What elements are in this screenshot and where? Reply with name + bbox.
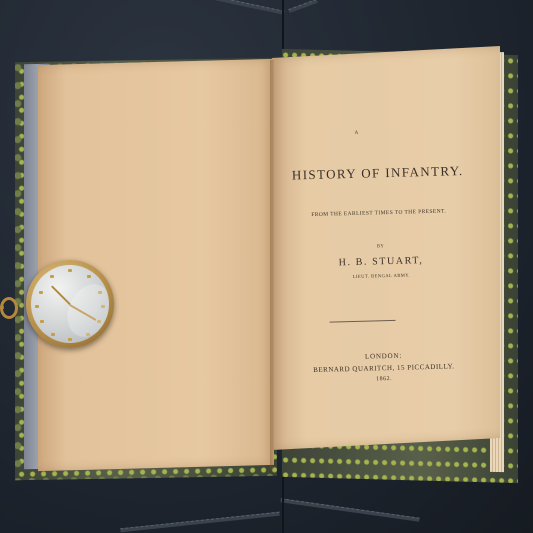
title-page: A HISTORY OF INFANTRY. FROM THE EARLIEST… bbox=[286, 117, 493, 402]
hour-marker bbox=[51, 333, 55, 336]
imprint-year: 1862. bbox=[275, 373, 493, 385]
watch-bow-ring bbox=[0, 297, 18, 319]
leather-seam bbox=[280, 498, 419, 521]
glass-reflection bbox=[59, 277, 109, 343]
author-name: H. B. STUART, bbox=[272, 253, 490, 270]
leather-seam bbox=[120, 512, 280, 533]
author-rank: LIEUT. BENGAL ARMY. bbox=[272, 270, 490, 281]
hour-marker bbox=[68, 338, 72, 341]
imprint-publisher: BERNARD QUARITCH, 15 PICCADILLY. bbox=[275, 361, 493, 375]
divider-rule bbox=[330, 320, 396, 323]
hour-marker bbox=[87, 275, 91, 278]
imprint-city: LONDON: bbox=[274, 349, 492, 363]
hour-marker bbox=[68, 269, 72, 272]
by-line: BY bbox=[272, 240, 490, 251]
book-title: HISTORY OF INFANTRY. bbox=[268, 162, 488, 184]
hour-marker bbox=[35, 305, 39, 308]
hour-hand bbox=[51, 286, 70, 305]
watch-dial bbox=[31, 265, 109, 343]
leather-seam bbox=[201, 0, 285, 15]
hour-marker bbox=[39, 291, 43, 294]
book-subtitle: FROM THE EARLIEST TIMES TO THE PRESENT. bbox=[269, 207, 489, 219]
hour-marker bbox=[40, 320, 44, 323]
hour-marker bbox=[50, 275, 54, 278]
photo-scene: A HISTORY OF INFANTRY. FROM THE EARLIEST… bbox=[0, 0, 533, 533]
leather-seam bbox=[288, 0, 318, 13]
pocket-watch bbox=[26, 260, 114, 348]
